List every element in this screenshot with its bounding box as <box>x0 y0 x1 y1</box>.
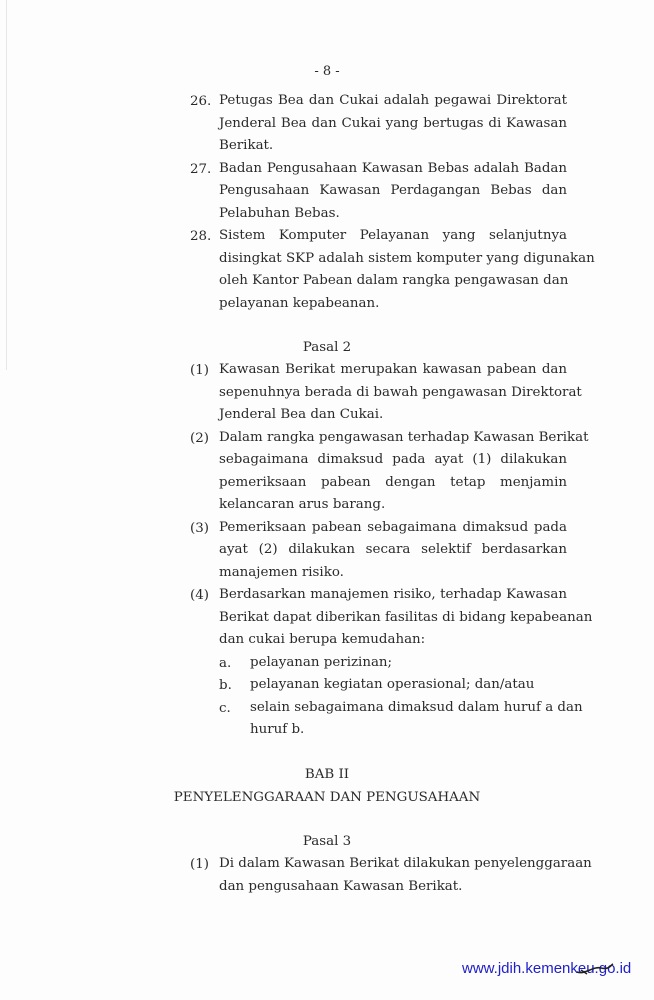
ayat-item-line: sebagaimana dimaksud pada ayat (1) dilak… <box>219 449 567 472</box>
ayat-item-line: dan pengusahaan Kawasan Berikat. <box>219 876 567 899</box>
definition-item-number: 26. <box>190 94 211 109</box>
ayat-item-line: Jenderal Bea dan Cukai. <box>219 404 567 427</box>
ayat-item-line: ayat (2) dilakukan secara selektif berda… <box>219 539 567 562</box>
ayat-item-number: (4) <box>190 588 209 603</box>
document-page: - 8 - 26.Petugas Bea dan Cukai adalah pe… <box>0 0 654 1000</box>
sub-item-number: c. <box>219 701 231 716</box>
ayat-item-number: (1) <box>190 857 209 872</box>
ayat-item-line: Berikat dapat diberikan fasilitas di bid… <box>219 607 567 630</box>
ayat-item-line: Kawasan Berikat merupakan kawasan pabean… <box>219 359 567 382</box>
definition-item-line: Berikat. <box>219 135 567 158</box>
page-number: - 8 - <box>0 64 654 79</box>
definition-item-line: Petugas Bea dan Cukai adalah pegawai Dir… <box>219 90 567 113</box>
sub-item-line: selain sebagaimana dimaksud dalam huruf … <box>250 697 567 720</box>
ayat-item-line: sepenuhnya berada di bawah pengawasan Di… <box>219 382 567 405</box>
definition-item-line: Sistem Komputer Pelayanan yang selanjutn… <box>219 225 567 248</box>
definition-item-line: disingkat SKP adalah sistem komputer yan… <box>219 248 567 271</box>
ayat-item-line: kelancaran arus barang. <box>219 494 567 517</box>
ayat-item-line: pemeriksaan pabean dengan tetap menjamin <box>219 472 567 495</box>
definition-item-line: Badan Pengusahaan Kawasan Bebas adalah B… <box>219 158 567 181</box>
pasal-3-heading: Pasal 3 <box>0 834 654 849</box>
ayat-item-line: Di dalam Kawasan Berikat dilakukan penye… <box>219 853 567 876</box>
ayat-item-line: Berdasarkan manajemen risiko, terhadap K… <box>219 584 567 607</box>
sub-item-line: pelayanan perizinan; <box>250 652 567 675</box>
definition-item-line: pelayanan kepabeanan. <box>219 293 567 316</box>
definition-item-line: Pengusahaan Kawasan Perdagangan Bebas da… <box>219 180 567 203</box>
bab-heading: BAB II <box>0 767 654 782</box>
definition-item-line: oleh Kantor Pabean dalam rangka pengawas… <box>219 270 567 293</box>
ayat-item-line: dan cukai berupa kemudahan: <box>219 629 567 652</box>
definition-item-number: 27. <box>190 162 211 177</box>
ayat-item-line: Dalam rangka pengawasan terhadap Kawasan… <box>219 427 567 450</box>
ayat-item-line: Pemeriksaan pabean sebagaimana dimaksud … <box>219 517 567 540</box>
ayat-item-number: (1) <box>190 363 209 378</box>
sub-item-number: a. <box>219 656 231 671</box>
definition-item-line: Jenderal Bea dan Cukai yang bertugas di … <box>219 113 567 136</box>
ayat-item-line: manajemen risiko. <box>219 562 567 585</box>
signature-mark-icon <box>575 962 615 976</box>
sub-item-line: huruf b. <box>250 719 567 742</box>
bab-subtitle: PENYELENGGARAAN DAN PENGUSAHAAN <box>0 790 654 805</box>
definition-item-line: Pelabuhan Bebas. <box>219 203 567 226</box>
ayat-item-number: (3) <box>190 521 209 536</box>
scan-edge-line <box>6 0 7 370</box>
sub-item-number: b. <box>219 678 232 693</box>
ayat-item-number: (2) <box>190 431 209 446</box>
definition-item-number: 28. <box>190 229 211 244</box>
pasal-2-heading: Pasal 2 <box>0 340 654 355</box>
sub-item-line: pelayanan kegiatan operasional; dan/atau <box>250 674 567 697</box>
